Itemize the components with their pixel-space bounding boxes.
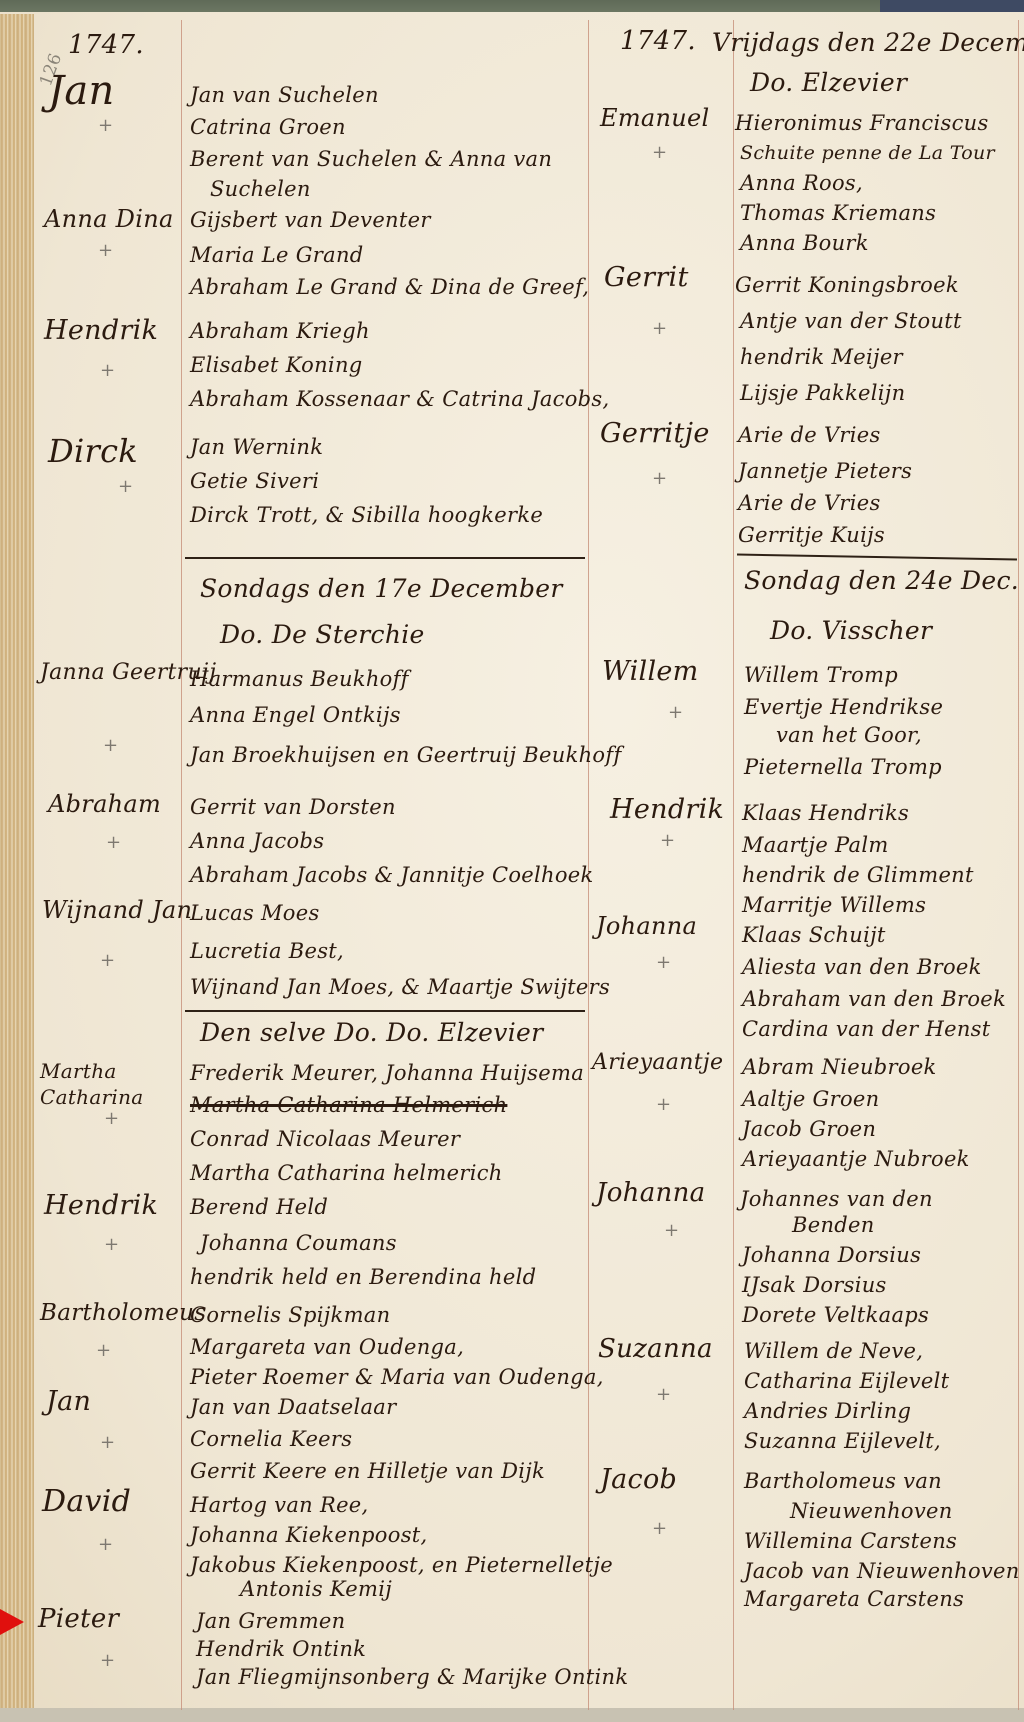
child-name: Dirck xyxy=(48,432,138,470)
father-name: Arie de Vries xyxy=(738,420,881,450)
mother-name: Getie Siveri xyxy=(190,466,319,496)
father-name: Jan van Daatselaar xyxy=(190,1392,396,1422)
witnesses: Wijnand Jan Moes, & Maartje Swijters xyxy=(190,972,610,1002)
witness: Abraham van den Broek xyxy=(742,984,1006,1014)
father-name-cont: Schuite penne de La Tour xyxy=(740,138,995,168)
cross-mark: + xyxy=(652,1518,667,1539)
witnesses: Pieter Roemer & Maria van Oudenga, xyxy=(190,1362,604,1392)
father-and-witness: Frederik Meurer, Johanna Huijsema xyxy=(190,1058,584,1088)
father-name: Lucas Moes xyxy=(190,898,320,928)
witnesses: Abraham Jacobs & Jannitje Coelhoek xyxy=(190,860,594,890)
child-name: Arieyaantje xyxy=(592,1050,723,1075)
section-date: Sondags den 17e December xyxy=(200,574,563,603)
section-divider-left-2 xyxy=(185,1010,585,1012)
father-name: Hieronimus Franciscus xyxy=(735,108,989,138)
cross-mark: + xyxy=(106,832,121,853)
witness: Suzanna Eijlevelt, xyxy=(744,1426,941,1456)
witness: Pieternella Tromp xyxy=(744,752,942,782)
child-name: David xyxy=(42,1484,131,1519)
witness: Jacob van Nieuwenhoven xyxy=(744,1556,1020,1586)
selected-entry-arrow xyxy=(0,1609,24,1635)
mother-name: Johanna Kiekenpoost, xyxy=(190,1520,427,1550)
child-name: Suzanna xyxy=(598,1334,713,1364)
child-name: Gerritje xyxy=(600,418,710,449)
section-divider-left-1 xyxy=(185,557,585,559)
mother-name: Elisabet Koning xyxy=(190,350,363,380)
child-name: Willem xyxy=(602,656,699,687)
witness: Marritje Willems xyxy=(742,890,926,920)
cross-mark: + xyxy=(656,1094,671,1115)
child-name: Jan xyxy=(48,68,115,114)
column-rule-right-edge xyxy=(1018,20,1019,1710)
child-name: Bartholomeus xyxy=(40,1300,206,1326)
witness: Margareta Carstens xyxy=(744,1584,964,1614)
father-name: Abram Nieubroek xyxy=(742,1052,937,1082)
child-name: Wijnand Jan xyxy=(42,896,192,924)
father-name: Willem Tromp xyxy=(744,660,898,690)
father-name: Jan van Suchelen xyxy=(190,80,379,110)
father-name: Jan Wernink xyxy=(190,432,323,462)
mother-name: Willemina Carstens xyxy=(744,1526,957,1556)
father-name-cont: Benden xyxy=(792,1210,875,1240)
struck-out-line: Martha Catharina Helmerich xyxy=(190,1090,507,1120)
section-minister: Do. Elzevier xyxy=(750,68,907,97)
mother-name: Anna Roos, xyxy=(740,168,863,198)
witness: Andries Dirling xyxy=(744,1396,911,1426)
child-name: Hendrik xyxy=(44,1190,158,1221)
child-name: Anna Dina xyxy=(44,205,174,233)
mother-name: Aliesta van den Broek xyxy=(742,952,982,982)
mother-name: Antje van der Stoutt xyxy=(740,306,962,336)
mother-name: Catharina Eijlevelt xyxy=(744,1366,949,1396)
section-date: Sondag den 24e Dec. xyxy=(744,566,1019,595)
mother-name: Anna Engel Ontkijs xyxy=(190,700,401,730)
cross-mark: + xyxy=(96,1340,111,1361)
mother-name: Johanna Coumans xyxy=(200,1228,397,1258)
section-date: Vrijdags den 22e December xyxy=(712,28,1024,57)
witnesses: Conrad Nicolaas Meurer xyxy=(190,1124,460,1154)
mother-name-cont: van het Goor, xyxy=(776,720,922,750)
cross-mark: + xyxy=(656,1384,671,1405)
year-left: 1747. xyxy=(68,30,144,60)
witnesses: Berent van Suchelen & Anna van xyxy=(190,144,552,174)
witnesses-cont: Antonis Kemij xyxy=(240,1574,392,1604)
witness: hendrik Meijer xyxy=(740,342,903,372)
mother-name: Evertje Hendrikse xyxy=(744,692,943,722)
father-name-cont: Nieuwenhoven xyxy=(790,1496,953,1526)
mother-name: Maria Le Grand xyxy=(190,240,364,270)
witness: Cardina van der Henst xyxy=(742,1014,990,1044)
cross-mark: + xyxy=(100,360,115,381)
witnesses: Dirck Trott, & Sibilla hoogkerke xyxy=(190,500,543,530)
cross-mark: + xyxy=(652,318,667,339)
year-right: 1747. xyxy=(620,26,696,56)
cross-mark: + xyxy=(100,950,115,971)
child-name-selected: Pieter xyxy=(38,1604,119,1634)
mother-name: Cornelia Keers xyxy=(190,1424,352,1454)
father-name: Klaas Schuijt xyxy=(742,920,886,950)
cross-mark: + xyxy=(98,1534,113,1555)
cross-mark: + xyxy=(652,468,667,489)
mother-name: Maartje Palm xyxy=(742,830,889,860)
cross-mark: + xyxy=(98,240,113,261)
cross-mark: + xyxy=(664,1220,679,1241)
witness: Dorete Veltkaaps xyxy=(742,1300,929,1330)
witness: Lijsje Pakkelijn xyxy=(740,378,905,408)
witness: Gerritje Kuijs xyxy=(738,520,885,550)
father-name: Cornelis Spijkman xyxy=(190,1300,390,1330)
cross-mark: + xyxy=(100,1432,115,1453)
father-name: Berend Held xyxy=(190,1192,328,1222)
witness: Jacob Groen xyxy=(742,1114,876,1144)
father-name: Gerrit Koningsbroek xyxy=(735,270,959,300)
father-name: Jan Gremmen xyxy=(196,1606,345,1636)
mother-name: Anna Jacobs xyxy=(190,826,324,856)
child-name: Hendrik xyxy=(44,315,158,346)
child-name: Martha Catharina xyxy=(40,1058,180,1110)
witnesses: Jan Fliegmijnsonberg & Marijke Ontink xyxy=(196,1662,628,1692)
cross-mark: + xyxy=(104,1108,119,1129)
cross-mark: + xyxy=(652,142,667,163)
mother-name: Martha Catharina helmerich xyxy=(190,1158,503,1188)
witnesses: Gerrit Keere en Hilletje van Dijk xyxy=(190,1456,545,1486)
mother-name: Margareta van Oudenga, xyxy=(190,1332,464,1362)
father-name: Klaas Hendriks xyxy=(742,798,909,828)
child-name: Johanna xyxy=(596,1178,705,1208)
father-name: Bartholomeus van xyxy=(744,1466,942,1496)
cross-mark: + xyxy=(100,1650,115,1671)
witnesses: Abraham Le Grand & Dina de Greef, xyxy=(190,272,589,302)
witness: Thomas Kriemans xyxy=(740,198,936,228)
mother-name: Catrina Groen xyxy=(190,112,346,142)
witnesses: Abraham Kossenaar & Catrina Jacobs, xyxy=(190,384,609,414)
page-edges xyxy=(0,14,34,1710)
witnesses: hendrik held en Berendina held xyxy=(190,1262,536,1292)
father-name: Abraham Kriegh xyxy=(190,316,370,346)
cross-mark: + xyxy=(103,735,118,756)
child-name: Hendrik xyxy=(610,794,724,825)
witness: hendrik de Glimment xyxy=(742,860,974,890)
witnesses: Jan Broekhuijsen en Geertruij Beukhoff xyxy=(190,740,622,770)
mother-name: Johanna Dorsius xyxy=(742,1240,921,1270)
cross-mark: + xyxy=(668,702,683,723)
father-name: Gerrit van Dorsten xyxy=(190,792,396,822)
witness: Anna Bourk xyxy=(740,228,869,258)
father-name: Willem de Neve, xyxy=(744,1336,923,1366)
child-name: Abraham xyxy=(48,790,161,818)
section-minister: Do. Visscher xyxy=(770,616,932,645)
cross-mark: + xyxy=(118,476,133,497)
child-name: Emanuel xyxy=(600,104,709,132)
mother-name: Lucretia Best, xyxy=(190,936,344,966)
cross-mark: + xyxy=(656,952,671,973)
section-minister: Do. De Sterchie xyxy=(220,620,425,649)
father-name: Gijsbert van Deventer xyxy=(190,205,431,235)
page-bottom-edge xyxy=(0,1708,1024,1722)
column-rule-right-names xyxy=(733,20,734,1710)
cross-mark: + xyxy=(98,115,113,136)
child-name: Gerrit xyxy=(604,262,689,293)
witnesses-cont: Suchelen xyxy=(210,174,311,204)
child-name: Johanna xyxy=(596,912,697,940)
cross-mark: + xyxy=(104,1234,119,1255)
father-name: Hartog van Ree, xyxy=(190,1490,369,1520)
father-name: Harmanus Beukhoff xyxy=(190,664,409,694)
witness: Arie de Vries xyxy=(738,488,881,518)
child-name: Jan xyxy=(46,1386,91,1417)
column-rule-left-names xyxy=(181,20,182,1710)
cross-mark: + xyxy=(660,830,675,851)
child-name: Jacob xyxy=(600,1464,677,1495)
mother-name: Aaltje Groen xyxy=(742,1084,879,1114)
witness: IJsak Dorsius xyxy=(742,1270,887,1300)
mother-name: Jannetje Pieters xyxy=(738,456,912,486)
section-date: Den selve Do. Do. Elzevier xyxy=(200,1018,543,1047)
mother-name: Hendrik Ontink xyxy=(196,1634,366,1664)
witness: Arieyaantje Nubroek xyxy=(742,1144,970,1174)
